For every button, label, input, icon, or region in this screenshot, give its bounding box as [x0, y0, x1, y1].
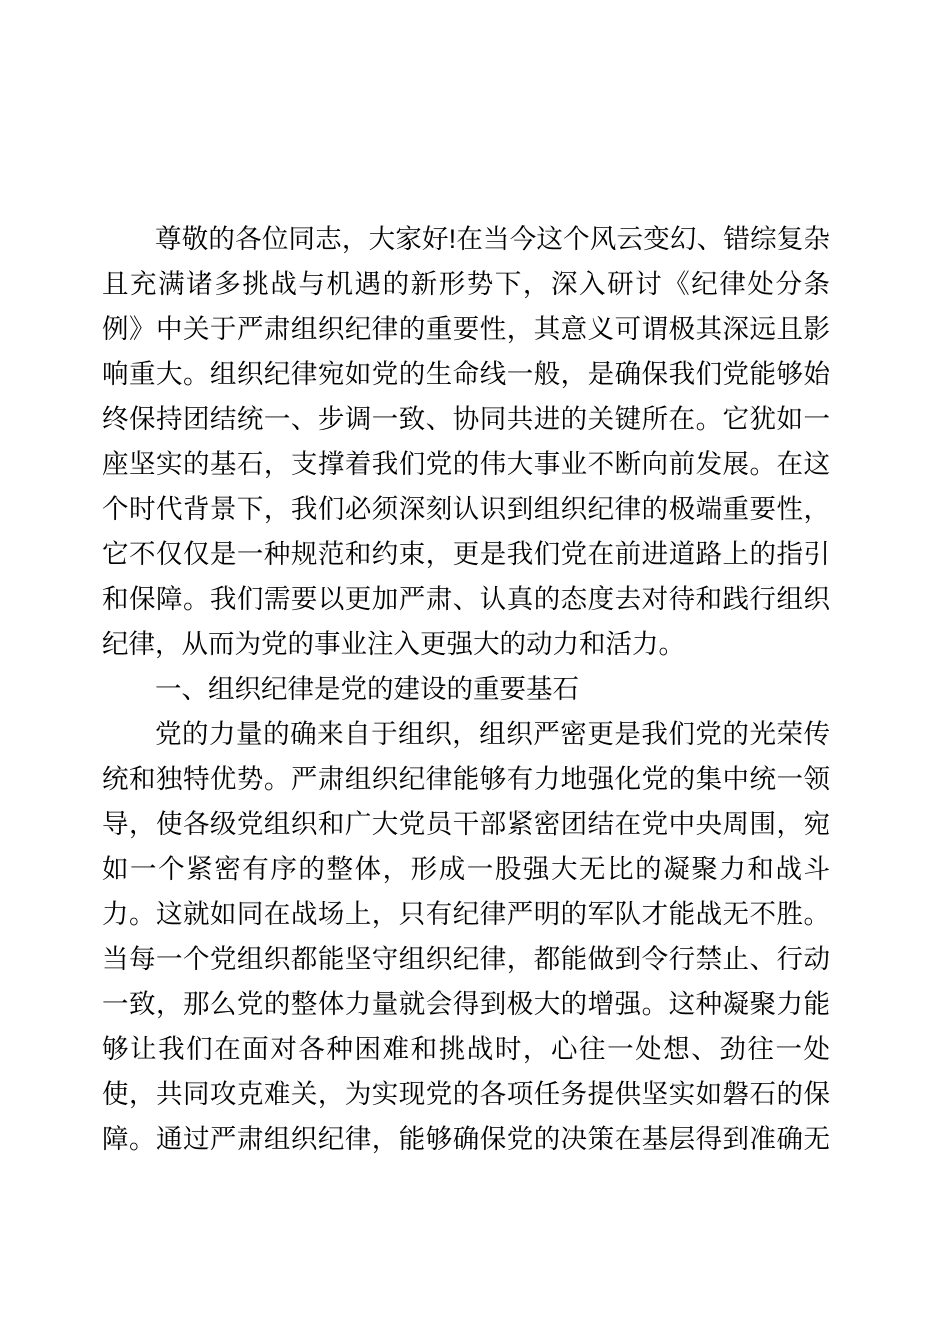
- text-line: 一致，那么党的整体力量就会得到极大的增强。这种凝聚力能: [102, 982, 830, 1027]
- text-line: 终保持团结统一、步调一致、协同共进的关键所在。它犹如一: [102, 397, 830, 442]
- text-line: 一、组织纪律是党的建设的重要基石: [102, 667, 830, 712]
- text-line: 座坚实的基石，支撑着我们党的伟大事业不断向前发展。在这: [102, 442, 830, 487]
- document-page: 尊敬的各位同志，大家好!在当今这个风云变幻、错综复杂且充满诸多挑战与机遇的新形势…: [0, 0, 950, 1344]
- text-line: 如一个紧密有序的整体，形成一股强大无比的凝聚力和战斗: [102, 847, 830, 892]
- text-line: 个时代背景下，我们必须深刻认识到组织纪律的极端重要性，: [102, 487, 830, 532]
- text-line: 纪律，从而为党的事业注入更强大的动力和活力。: [102, 622, 830, 667]
- text-line: 统和独特优势。严肃组织纪律能够有力地强化党的集中统一领: [102, 757, 830, 802]
- text-line: 党的力量的确来自于组织，组织严密更是我们党的光荣传: [102, 712, 830, 757]
- text-line: 够让我们在面对各种困难和挑战时，心往一处想、劲往一处: [102, 1027, 830, 1072]
- text-line: 障。通过严肃组织纪律，能够确保党的决策在基层得到准确无: [102, 1117, 830, 1162]
- document-body: 尊敬的各位同志，大家好!在当今这个风云变幻、错综复杂且充满诸多挑战与机遇的新形势…: [102, 217, 830, 1162]
- text-line: 尊敬的各位同志，大家好!在当今这个风云变幻、错综复杂: [102, 217, 830, 262]
- section-heading: 一、组织纪律是党的建设的重要基石: [102, 667, 830, 712]
- text-line: 响重大。组织纪律宛如党的生命线一般，是确保我们党能够始: [102, 352, 830, 397]
- text-line: 力。这就如同在战场上，只有纪律严明的军队才能战无不胜。: [102, 892, 830, 937]
- text-line: 且充满诸多挑战与机遇的新形势下，深入研讨《纪律处分条: [102, 262, 830, 307]
- text-line: 使，共同攻克难关，为实现党的各项任务提供坚实如磐石的保: [102, 1072, 830, 1117]
- text-line: 它不仅仅是一种规范和约束，更是我们党在前进道路上的指引: [102, 532, 830, 577]
- text-line: 导，使各级党组织和广大党员干部紧密团结在党中央周围，宛: [102, 802, 830, 847]
- text-line: 例》中关于严肃组织纪律的重要性，其意义可谓极其深远且影: [102, 307, 830, 352]
- paragraph: 尊敬的各位同志，大家好!在当今这个风云变幻、错综复杂且充满诸多挑战与机遇的新形势…: [102, 217, 830, 667]
- paragraph: 党的力量的确来自于组织，组织严密更是我们党的光荣传统和独特优势。严肃组织纪律能够…: [102, 712, 830, 1162]
- text-line: 当每一个党组织都能坚守组织纪律，都能做到令行禁止、行动: [102, 937, 830, 982]
- text-line: 和保障。我们需要以更加严肃、认真的态度去对待和践行组织: [102, 577, 830, 622]
